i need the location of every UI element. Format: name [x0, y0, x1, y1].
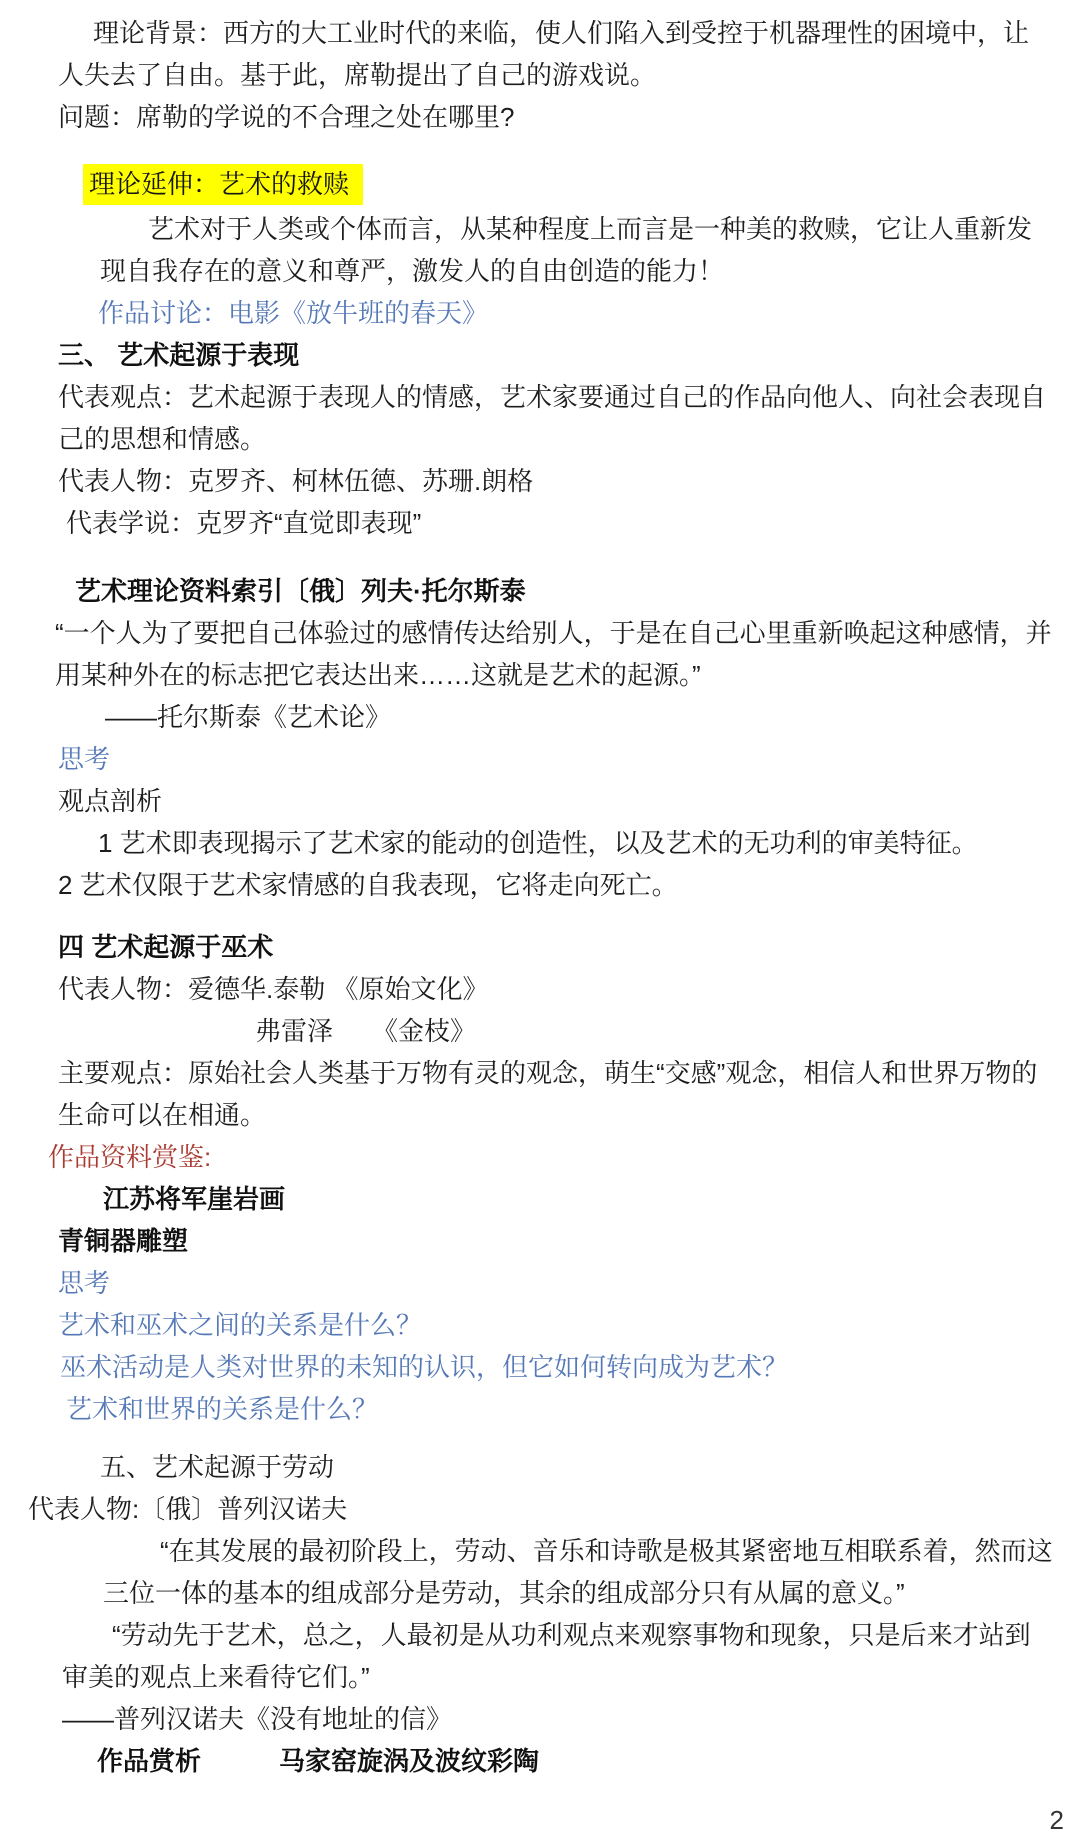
text-line: 三位一体的基本的组成部分是劳动，其余的组成部分只有从属的意义。”	[0, 1572, 1080, 1614]
text-line: 人失去了自由。基于此，席勒提出了自己的游戏说。	[0, 54, 1080, 96]
highlight-text: 理论延伸：艺术的救赎	[83, 164, 363, 205]
label-red: 作品资料赏鉴:	[0, 1136, 1080, 1178]
text-line: 弗雷泽 《金枝》	[0, 1010, 1080, 1052]
section-heading: 青铜器雕塑	[0, 1220, 1080, 1262]
text-line: “劳动先于艺术，总之，人最初是从功利观点来观察事物和现象，只是后来才站到	[0, 1614, 1080, 1656]
text-line: 代表观点：艺术起源于表现人的情感，艺术家要通过自己的作品向他人、向社会表现自	[0, 376, 1080, 418]
text-line: 代表学说：克罗齐“直觉即表现”	[0, 502, 1080, 544]
section-heading: 四 艺术起源于巫术	[0, 926, 1080, 968]
text-line: 观点剖析	[0, 780, 1080, 822]
text-line: 2 艺术仅限于艺术家情感的自我表现，它将走向死亡。	[0, 864, 1080, 906]
text-line: 艺术对于人类或个体而言，从某种程度上而言是一种美的救赎，它让人重新发	[0, 208, 1080, 250]
text-line: 问题：席勒的学说的不合理之处在哪里?	[0, 96, 1080, 138]
text-line: ——托尔斯泰《艺术论》	[0, 696, 1080, 738]
section-heading: 艺术理论资料索引〔俄〕列夫·托尔斯泰	[0, 570, 1080, 612]
text-line: 生命可以在相通。	[0, 1094, 1080, 1136]
link-text: 作品讨论：电影《放牛班的春天》	[0, 292, 1080, 334]
text-line: 1 艺术即表现揭示了艺术家的能动的创造性，以及艺术的无功利的审美特征。	[0, 822, 1080, 864]
text-line: 审美的观点上来看待它们。”	[0, 1656, 1080, 1698]
text-line: 用某种外在的标志把它表达出来……这就是艺术的起源。”	[0, 654, 1080, 696]
text-line: “在其发展的最初阶段上，劳动、音乐和诗歌是极其紧密地互相联系着，然而这	[0, 1530, 1080, 1572]
link-text: 思考	[0, 1262, 1080, 1304]
section-heading: 江苏将军崖岩画	[0, 1178, 1080, 1220]
document-body: 理论背景：西方的大工业时代的来临，使人们陷入到受控于机器理性的困境中，让人失去了…	[0, 12, 1080, 1782]
text-line: 五、艺术起源于劳动	[0, 1446, 1080, 1488]
text-line: 理论背景：西方的大工业时代的来临，使人们陷入到受控于机器理性的困境中，让	[0, 12, 1080, 54]
text-line: “一个人为了要把自己体验过的感情传达给别人，于是在自己心里重新唤起这种感情，并	[0, 612, 1080, 654]
link-text: 艺术和世界的关系是什么？	[0, 1388, 1080, 1430]
text-line: 己的思想和情感。	[0, 418, 1080, 460]
text-line: 主要观点：原始社会人类基于万物有灵的观念，萌生“交感”观念，相信人和世界万物的	[0, 1052, 1080, 1094]
page-number: 2	[1050, 1805, 1064, 1836]
text-line: 代表人物：克罗齐、柯林伍德、苏珊.朗格	[0, 460, 1080, 502]
text-line: ——普列汉诺夫《没有地址的信》	[0, 1698, 1080, 1740]
link-text: 巫术活动是人类对世界的未知的认识，但它如何转向成为艺术？	[0, 1346, 1080, 1388]
text-line: 代表人物:〔俄〕普列汉诺夫	[0, 1488, 1080, 1530]
section-heading: 作品赏析 马家窑旋涡及波纹彩陶	[0, 1740, 1080, 1782]
link-text: 艺术和巫术之间的关系是什么？	[0, 1304, 1080, 1346]
document-page: 理论背景：西方的大工业时代的来临，使人们陷入到受控于机器理性的困境中，让人失去了…	[0, 0, 1080, 1846]
highlighted-heading: 理论延伸：艺术的救赎	[0, 160, 1080, 208]
link-text: 思考	[0, 738, 1080, 780]
text-line: 现自我存在的意义和尊严，激发人的自由创造的能力！	[0, 250, 1080, 292]
text-line: 代表人物：爱德华.泰勒 《原始文化》	[0, 968, 1080, 1010]
section-heading: 三、 艺术起源于表现	[0, 334, 1080, 376]
